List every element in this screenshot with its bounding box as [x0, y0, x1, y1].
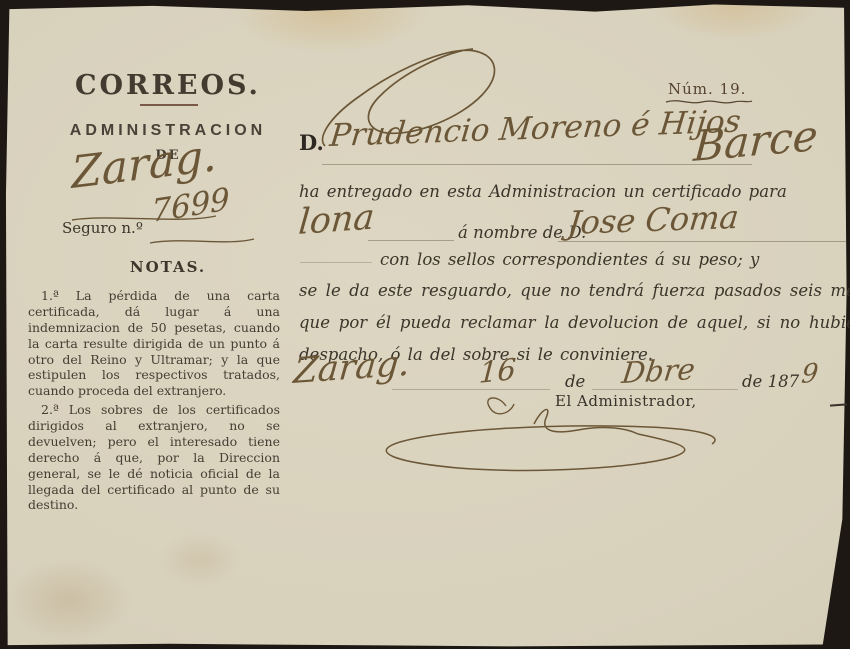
dateline-de2: de 187 [742, 372, 799, 391]
notas-text: 1.ª La pérdida de una carta certificada,… [28, 288, 280, 516]
body-line2: con los sellos correspondientes á su pes… [380, 250, 759, 269]
addressee-name-handwritten: Jose Coma [566, 198, 741, 242]
addressee-underline [558, 241, 846, 242]
correos-title: CORREOS. [38, 70, 298, 101]
fill-rule-2 [300, 262, 372, 263]
notas-title: NOTAS. [38, 258, 298, 276]
document-photo: CORREOS. ADMINISTRACION DE Zarag. Seguro… [0, 0, 850, 649]
administrator-signature [320, 390, 750, 490]
fill-rule-1 [368, 240, 454, 241]
d-label: D. [299, 130, 324, 155]
name-line-rule [322, 164, 752, 165]
seguro-label: Seguro n.º [62, 219, 143, 237]
dateline-place-handwritten: Zarag. [292, 344, 412, 392]
nota-1: 1.ª La pérdida de una carta certificada,… [28, 288, 280, 399]
dateline-de1: de [565, 372, 585, 391]
body-line4: que por él pueda reclamar la devolucion … [299, 313, 850, 332]
correos-underline [140, 104, 198, 106]
nota-2: 2.ª Los sobres de los certificados dirig… [28, 402, 280, 513]
dateline-day-handwritten: 16 [478, 352, 517, 390]
dateline-month-handwritten: Dbre [620, 352, 697, 390]
destination-part2-handwritten: lona [297, 197, 376, 243]
dateline-year-digit-handwritten: 9 [800, 359, 820, 390]
body-line3: se le da este resguardo, que no tendrá f… [299, 281, 850, 300]
num-label: Núm. 19. [668, 80, 746, 98]
seguro-underline-flourish [148, 236, 258, 248]
